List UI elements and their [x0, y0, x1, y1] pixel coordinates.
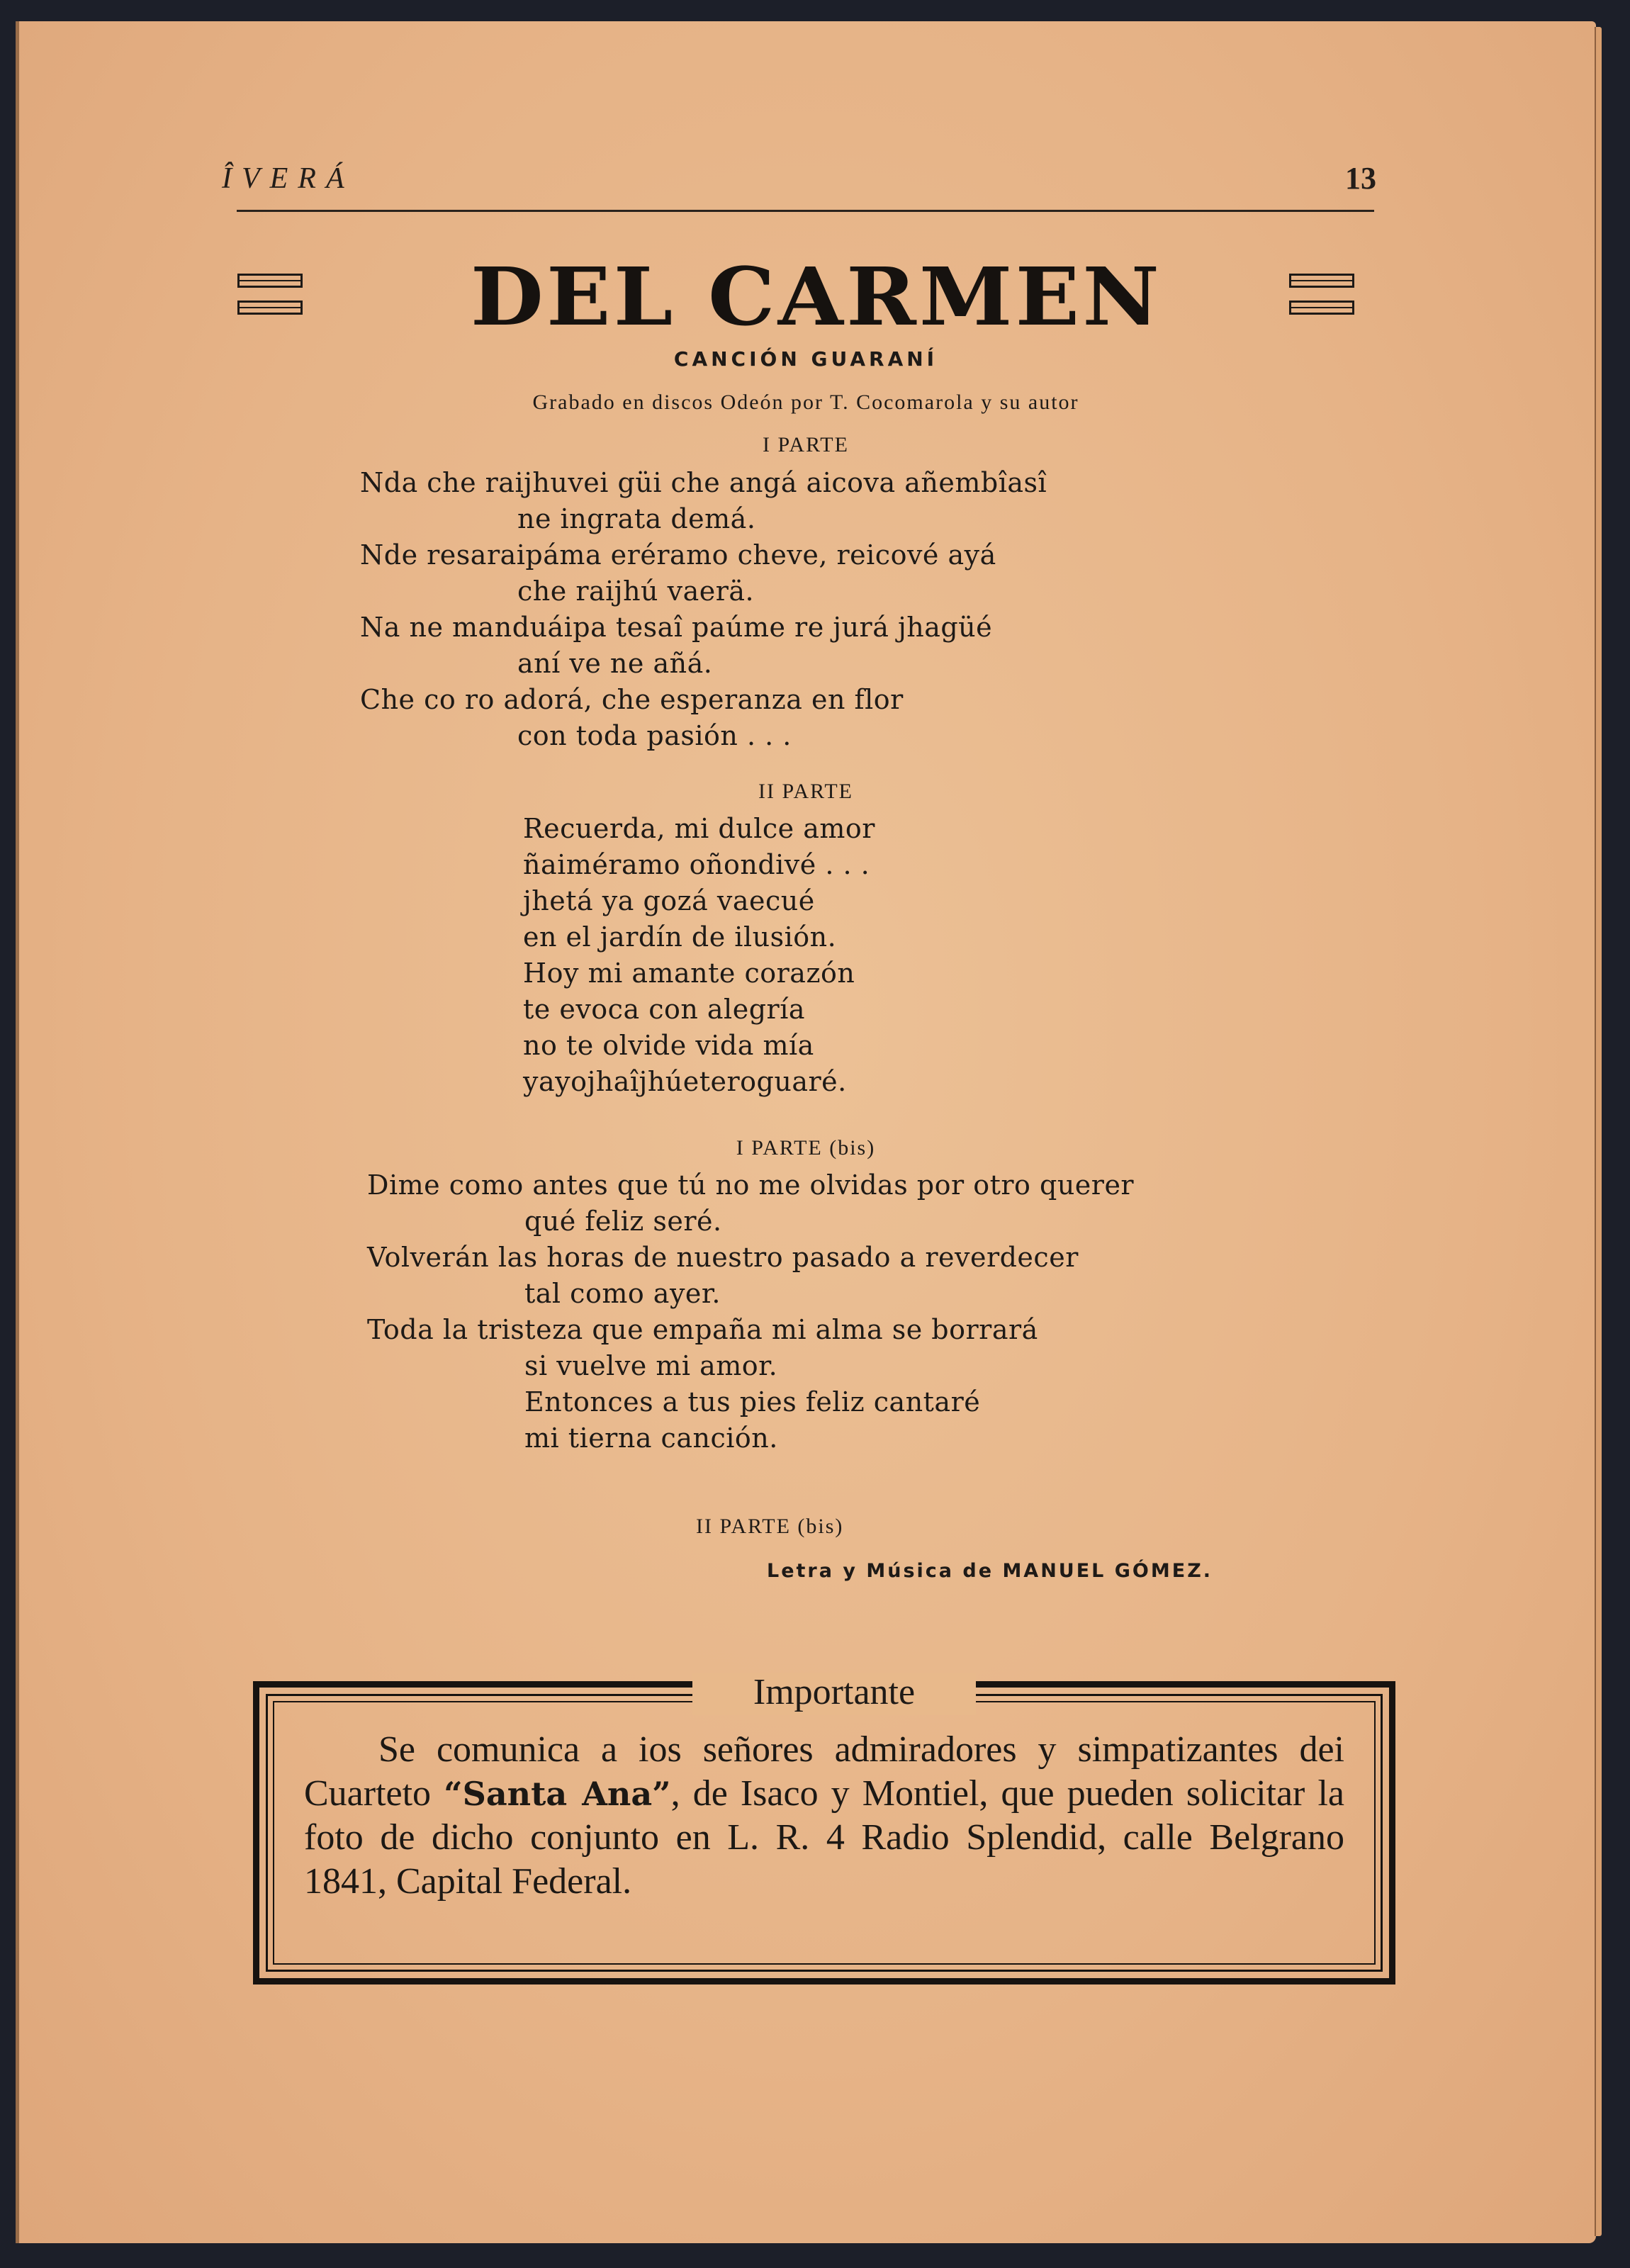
verse-line: Volverán las horas de nuestro pasado a r… — [367, 1240, 1134, 1276]
verse-line: Na ne manduáipa tesaî paúme re jurá jhag… — [360, 610, 1047, 646]
verse-line: yayojhaîjhúeteroguaré. — [523, 1064, 875, 1100]
verse-part-2: Recuerda, mi dulce amor ñaiméramo oñondi… — [523, 811, 875, 1100]
song-title: DEL CARMEN — [388, 248, 1244, 347]
verse-line: en el jardín de ilusión. — [523, 919, 875, 955]
notice-body: Se comunica a ios señores admiradores y … — [304, 1728, 1344, 1904]
recording-note: Grabado en discos Odeón por T. Cocomarol… — [16, 391, 1596, 415]
notice-box: Importante Se comunica a ios señores adm… — [253, 1673, 1395, 1984]
verse-line: si vuelve mi amor. — [367, 1348, 1134, 1384]
verse-line: no te olvide vida mía — [523, 1028, 875, 1064]
publication-name: ÎVERÁ — [222, 162, 354, 196]
verse-line: Nde resaraipáma eréramo cheve, reicové a… — [360, 537, 1047, 573]
verse-line: jhetá ya gozá vaecué — [523, 883, 875, 919]
title-ornament-right-icon — [1289, 274, 1354, 327]
verse-line: ñaiméramo oñondivé . . . — [523, 847, 875, 883]
song-genre: CANCIÓN GUARANÍ — [16, 347, 1596, 371]
notice-heading: Importante — [692, 1673, 976, 1715]
verse-line: Dime como antes que tú no me olvidas por… — [367, 1167, 1134, 1203]
verse-line: aní ve ne añá. — [360, 646, 1047, 682]
verse-line: che raijhú vaerä. — [360, 573, 1047, 610]
part-label: II PARTE — [16, 780, 1596, 804]
title-ornament-left-icon — [237, 274, 303, 327]
verse-line: qué feliz seré. — [367, 1203, 1134, 1240]
part-label: I PARTE — [16, 433, 1596, 457]
verse-line: mi tierna canción. — [367, 1420, 1134, 1456]
header-rule — [237, 210, 1374, 212]
verse-line: Che co ro adorá, che esperanza en flor — [360, 682, 1047, 718]
verse-line: tal como ayer. — [367, 1276, 1134, 1312]
verse-line: te evoca con alegría — [523, 992, 875, 1028]
song-credit: Letra y Música de MANUEL GÓMEZ. — [767, 1560, 1213, 1582]
verse-part-1-bis: Dime como antes que tú no me olvidas por… — [367, 1167, 1134, 1456]
band-name: “Santa Ana” — [444, 1775, 670, 1813]
verse-line: Recuerda, mi dulce amor — [523, 811, 875, 847]
magazine-page: ÎVERÁ 13 DEL CARMEN CANCIÓN GUARANÍ Grab… — [16, 21, 1596, 2243]
part-label: I PARTE (bis) — [16, 1136, 1596, 1160]
verse-line: ne ingrata demá. — [360, 501, 1047, 537]
verse-line: Hoy mi amante corazón — [523, 955, 875, 992]
page-number: 13 — [1345, 160, 1376, 196]
verse-line: Nda che raijhuvei güi che angá aicova añ… — [360, 465, 1047, 501]
part-label: II PARTE (bis) — [696, 1515, 843, 1539]
verse-line: Entonces a tus pies feliz cantaré — [367, 1384, 1134, 1420]
verse-line: Toda la tristeza que empaña mi alma se b… — [367, 1312, 1134, 1348]
verse-line: con toda pasión . . . — [360, 718, 1047, 754]
verse-part-1: Nda che raijhuvei güi che angá aicova añ… — [360, 465, 1047, 754]
